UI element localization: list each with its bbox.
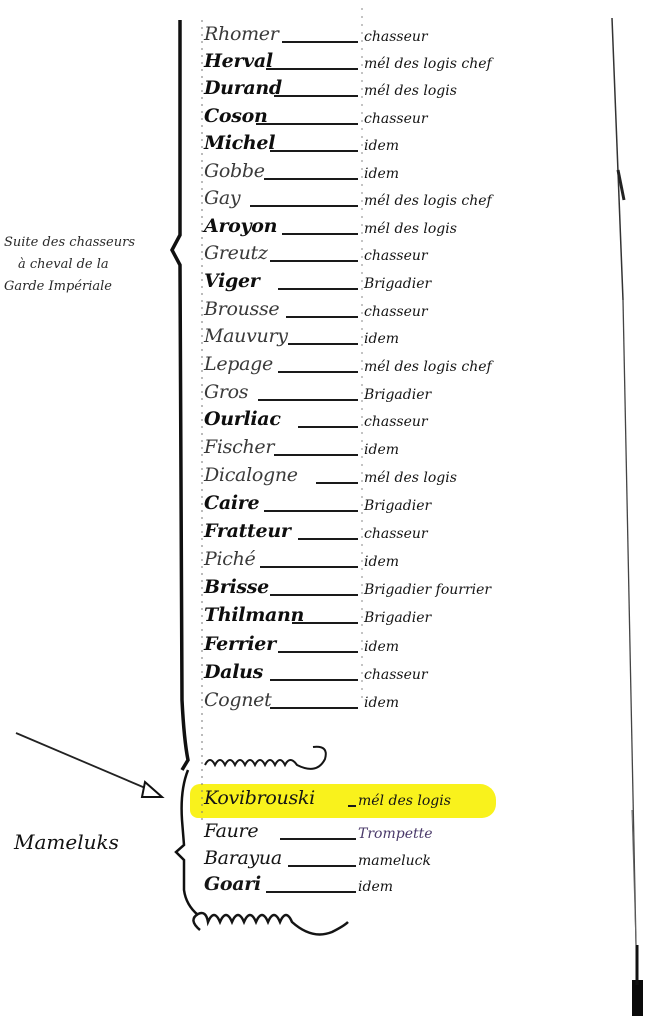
roster-row: CaireBrigadier — [198, 491, 498, 517]
roster-row: FaureTrompette — [198, 819, 498, 845]
leader-line — [288, 343, 358, 345]
roster-row: Cosonchasseur — [198, 104, 498, 130]
leader-line — [270, 707, 358, 709]
soldier-rank: Trompette — [358, 826, 433, 842]
flourish-1 — [205, 747, 326, 769]
leader-line — [274, 454, 358, 456]
soldier-name: Rhomer — [204, 23, 279, 45]
leader-line — [316, 482, 358, 484]
soldier-rank: idem — [364, 138, 399, 154]
roster-row: Greutzchasseur — [198, 241, 498, 267]
leader-line — [266, 891, 356, 893]
soldier-rank: mél des logis chef — [364, 56, 492, 72]
soldier-name: Kovibrouski — [204, 787, 315, 809]
flourish-2 — [193, 913, 348, 934]
soldier-rank: idem — [364, 554, 399, 570]
roster-row: Gaymél des logis chef — [198, 186, 498, 212]
soldier-name: Lepage — [204, 353, 273, 375]
soldier-rank: mél des logis chef — [364, 359, 492, 375]
soldier-name: Gros — [204, 381, 248, 403]
margin-note-chasseurs: Suite des chasseurs à cheval de la Garde… — [4, 232, 135, 298]
soldier-name: Dicalogne — [204, 464, 298, 486]
arrow-icon — [16, 733, 162, 797]
soldier-name: Faure — [204, 820, 258, 842]
leader-line — [266, 68, 358, 70]
roster-row: Broussechasseur — [198, 297, 498, 323]
soldier-name: Viger — [204, 270, 260, 292]
leader-line — [264, 510, 358, 512]
leader-line — [278, 371, 358, 373]
leader-line — [282, 41, 358, 43]
roster-row: GrosBrigadier — [198, 380, 498, 406]
soldier-name: Herval — [204, 50, 273, 72]
roster-row: ThilmannBrigadier — [198, 603, 498, 629]
soldier-name: Barayua — [204, 847, 282, 869]
leader-line — [270, 150, 358, 152]
leader-line — [282, 233, 358, 235]
roster-row: Ourliacchasseur — [198, 407, 498, 433]
soldier-name: Gay — [204, 187, 240, 209]
soldier-rank: Brigadier — [364, 498, 431, 514]
brace-chasseurs — [172, 20, 188, 770]
margin-note-line: Suite des chasseurs — [4, 232, 135, 254]
soldier-name: Fratteur — [204, 520, 291, 542]
roster-row: Mauvuryidem — [198, 324, 498, 350]
soldier-rank: chasseur — [364, 526, 428, 542]
soldier-name: Greutz — [204, 242, 268, 264]
roster-row: Ferrieridem — [198, 632, 498, 658]
soldier-rank: mél des logis — [358, 793, 451, 809]
soldier-name: Michel — [204, 132, 275, 154]
margin-note-line: à cheval de la — [4, 254, 135, 276]
soldier-name: Aroyon — [204, 215, 277, 237]
soldier-name: Dalus — [204, 661, 263, 683]
soldier-rank: Brigadier — [364, 610, 431, 626]
soldier-rank: chasseur — [364, 304, 428, 320]
leader-line — [278, 288, 358, 290]
leader-line — [270, 260, 358, 262]
soldier-rank: chasseur — [364, 111, 428, 127]
roster-row: Lepagemél des logis chef — [198, 352, 498, 378]
leader-line — [286, 316, 358, 318]
soldier-rank: idem — [358, 879, 393, 895]
soldier-rank: idem — [364, 166, 399, 182]
soldier-name: Ourliac — [204, 408, 281, 430]
soldier-name: Caire — [204, 492, 259, 514]
soldier-name: Brousse — [204, 298, 279, 320]
soldier-rank: chasseur — [364, 29, 428, 45]
leader-line — [292, 622, 358, 624]
roster-row: Michelidem — [198, 131, 498, 157]
roster-row: Gobbeidem — [198, 159, 498, 185]
soldier-rank: mél des logis — [364, 470, 457, 486]
roster-row: Aroyonmél des logis — [198, 214, 498, 240]
soldier-name: Gobbe — [204, 160, 265, 182]
leader-line — [274, 95, 358, 97]
leader-line — [278, 651, 358, 653]
leader-line — [250, 205, 358, 207]
roster-row: Dicalognemél des logis — [198, 463, 498, 489]
soldier-rank: mél des logis — [364, 221, 457, 237]
soldier-rank: idem — [364, 331, 399, 347]
right-edge-line — [612, 18, 643, 1016]
document-page: Suite des chasseurs à cheval de la Garde… — [0, 0, 652, 1018]
roster-row: Durandmél des logis — [198, 76, 498, 102]
soldier-name: Goari — [204, 873, 261, 895]
soldier-name: Piché — [204, 548, 255, 570]
roster-row: Barayuamameluck — [198, 846, 498, 872]
leader-line — [260, 566, 358, 568]
roster-row: Hervalmél des logis chef — [198, 49, 498, 75]
roster-row: BrisseBrigadier fourrier — [198, 575, 498, 601]
roster-row: Fischeridem — [198, 435, 498, 461]
roster-row: Goariidem — [198, 872, 498, 898]
soldier-rank: idem — [364, 639, 399, 655]
roster-row: Daluschasseur — [198, 660, 498, 686]
leader-line — [288, 865, 356, 867]
leader-line — [348, 805, 356, 807]
roster-row: VigerBrigadier — [198, 269, 498, 295]
margin-note-mameluks: Mameluks — [14, 830, 119, 854]
leader-line — [256, 123, 358, 125]
soldier-name: Mauvury — [204, 325, 288, 347]
leader-line — [298, 538, 358, 540]
leader-line — [258, 399, 358, 401]
soldier-name: Ferrier — [204, 633, 276, 655]
soldier-rank: Brigadier fourrier — [364, 582, 491, 598]
soldier-rank: mél des logis chef — [364, 193, 492, 209]
soldier-name: Thilmann — [204, 604, 304, 626]
margin-note-line: Garde Impériale — [4, 276, 135, 298]
leader-line — [280, 838, 356, 840]
roster-row: Pichéidem — [198, 547, 498, 573]
soldier-rank: mél des logis — [364, 83, 457, 99]
soldier-name: Fischer — [204, 436, 274, 458]
soldier-name: Brisse — [204, 576, 269, 598]
roster-row: Rhomerchasseur — [198, 22, 498, 48]
soldier-name: Cognet — [204, 689, 271, 711]
roster-row: Cognetidem — [198, 688, 498, 714]
leader-line — [298, 426, 358, 428]
soldier-rank: idem — [364, 442, 399, 458]
soldier-rank: chasseur — [364, 414, 428, 430]
soldier-rank: Brigadier — [364, 276, 431, 292]
soldier-rank: chasseur — [364, 248, 428, 264]
soldier-rank: chasseur — [364, 667, 428, 683]
soldier-rank: mameluck — [358, 853, 431, 869]
soldier-rank: Brigadier — [364, 387, 431, 403]
leader-line — [264, 178, 358, 180]
leader-line — [270, 594, 358, 596]
roster-row: Fratteurchasseur — [198, 519, 498, 545]
leader-line — [270, 679, 358, 681]
roster-row-highlighted: Kovibrouskimél des logis — [198, 786, 498, 812]
soldier-rank: idem — [364, 695, 399, 711]
soldier-name: Durand — [204, 77, 282, 99]
